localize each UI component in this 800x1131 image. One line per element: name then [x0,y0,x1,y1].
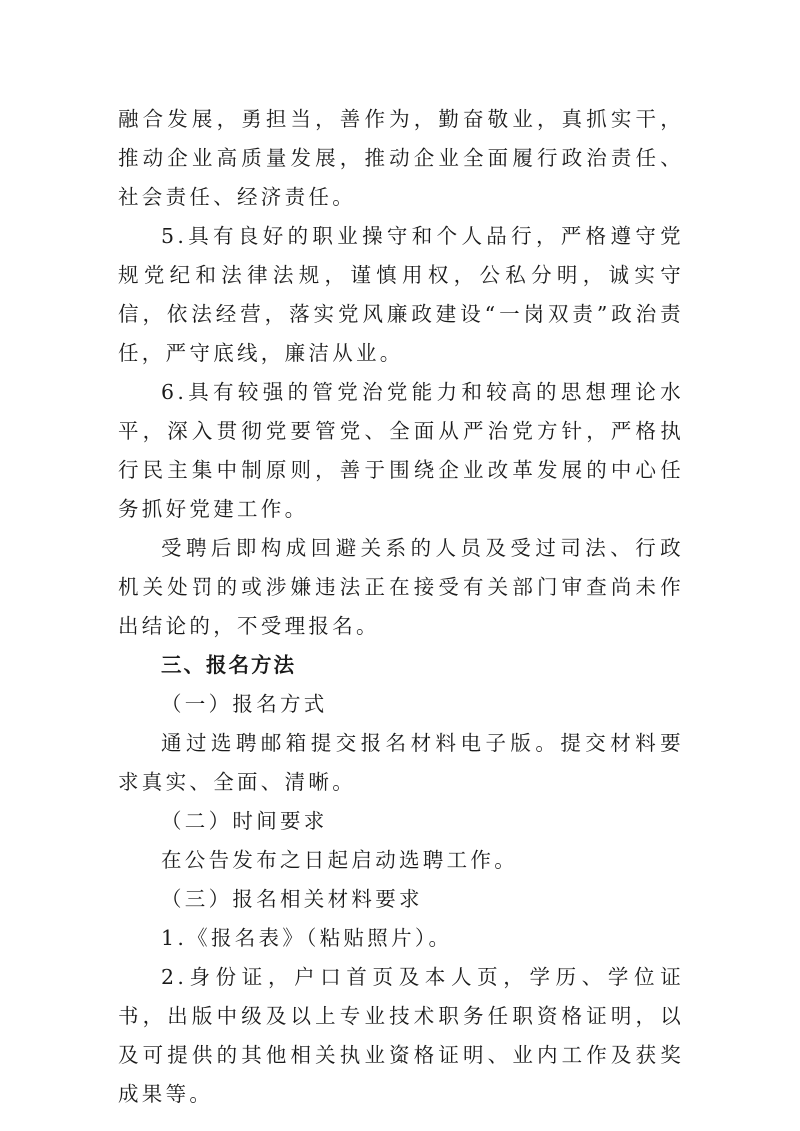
paragraph-material-1: 1.《报名表》（粘贴照片）。 [118,919,684,958]
paragraph-material-2: 2.身份证，户口首页及本人页，学历、学位证书，出版中级及以上专业技术职务任职资格… [118,958,684,1114]
document-page: 融合发展，勇担当，善作为，勤奋敬业，真抓实干，推动企业高质量发展，推动企业全面履… [118,100,684,1114]
paragraph-requirement-5: 5.具有良好的职业操守和个人品行，严格遵守党规党纪和法律法规，谨慎用权，公私分明… [118,217,684,373]
subheading-material-requirements: （三）报名相关材料要求 [118,880,684,919]
paragraph-exclusion: 受聘后即构成回避关系的人员及受过司法、行政机关处罚的或涉嫌违法正在接受有关部门审… [118,529,684,646]
paragraph-application-way: 通过选聘邮箱提交报名材料电子版。提交材料要求真实、全面、清晰。 [118,724,684,802]
subheading-time-requirement: （二）时间要求 [118,802,684,841]
paragraph-time-requirement: 在公告发布之日起启动选聘工作。 [118,841,684,880]
paragraph-requirement-6: 6.具有较强的管党治党能力和较高的思想理论水平，深入贯彻党要管党、全面从严治党方… [118,373,684,529]
section-heading-application-method: 三、报名方法 [118,646,684,685]
paragraph-continuation: 融合发展，勇担当，善作为，勤奋敬业，真抓实干，推动企业高质量发展，推动企业全面履… [118,100,684,217]
subheading-application-way: （一）报名方式 [118,685,684,724]
page-number: 4 [0,1052,800,1066]
